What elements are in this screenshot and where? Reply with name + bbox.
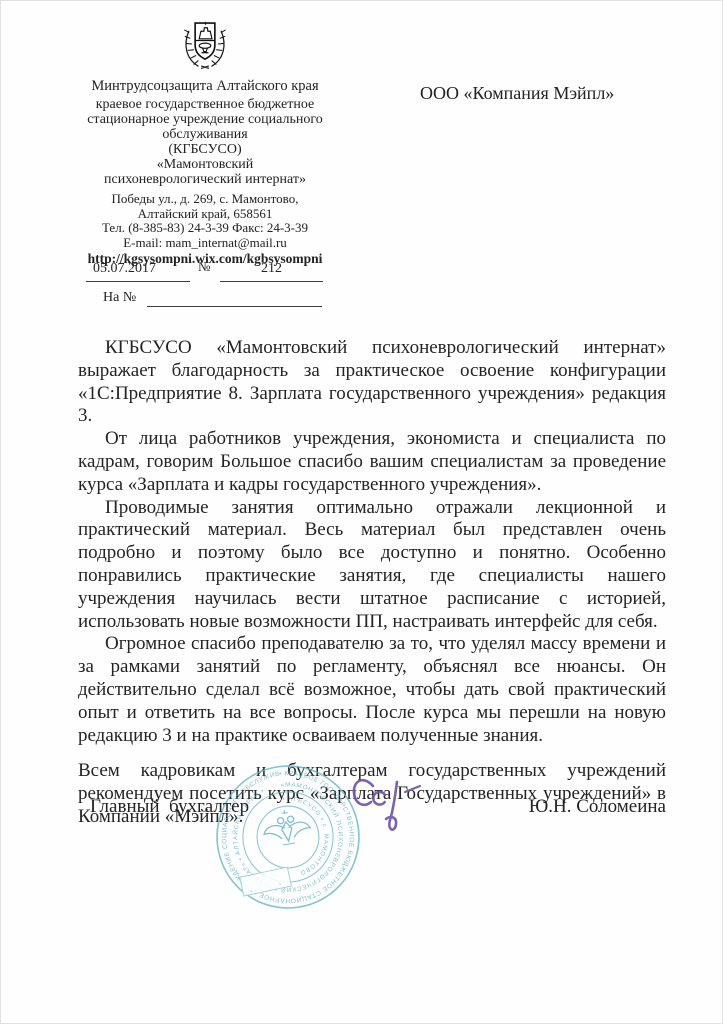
letterhead-org-line: стационарное учреждение социального bbox=[73, 112, 337, 127]
signer-position: Главный бухгалтер bbox=[90, 796, 249, 818]
letterhead-address-line: Алтайский край, 658561 bbox=[73, 207, 337, 222]
handwritten-signature-icon bbox=[349, 773, 423, 841]
scanned-letter-page: Минтрудсоцзащита Алтайского края краевое… bbox=[0, 0, 723, 1024]
body-paragraph: От лица работников учреждения, экономист… bbox=[78, 428, 666, 496]
signer-name: Ю.Н. Соломеина bbox=[529, 796, 666, 818]
letterhead-email-line: E-mail: mam_internat@mail.ru bbox=[73, 236, 337, 251]
letterhead-org-line: «Мамонтовский bbox=[73, 157, 337, 172]
letterhead-address-line: Победы ул., д. 269, с. Мамонтово, bbox=[73, 192, 337, 207]
letterhead-org-line: краевое государственное бюджетное bbox=[73, 97, 337, 112]
body-paragraph: Проводимые занятия оптимально отражали л… bbox=[78, 497, 666, 634]
letterhead-org-line: психоневрологический интернат» bbox=[73, 172, 337, 187]
number-sign-label: № bbox=[198, 259, 210, 275]
letterhead-org-line: обслуживания bbox=[73, 127, 337, 142]
outgoing-date-field: 05.07.2017 bbox=[86, 261, 190, 282]
outgoing-number-field: 212 bbox=[220, 261, 323, 282]
letterhead-phone-line: Тел. (8-385-83) 24-3-39 Факс: 24-3-39 bbox=[73, 221, 337, 236]
body-paragraph: КГБСУСО «Мамонтовский психоневрологическ… bbox=[78, 337, 666, 428]
recipient-name: ООО «Компания Мэйпл» bbox=[420, 83, 614, 104]
letterhead-ministry: Минтрудсоцзащита Алтайского края bbox=[73, 77, 337, 95]
reply-to-label: На № bbox=[103, 290, 136, 306]
altai-krai-coat-of-arms-icon bbox=[176, 15, 234, 73]
letterhead: Минтрудсоцзащита Алтайского края краевое… bbox=[73, 15, 337, 266]
round-seal-stamp-icon: • КРАЕВОЕ ГОСУДАРСТВЕННОЕ БЮДЖЕТНОЕ СТАЦ… bbox=[212, 761, 364, 913]
reply-to-blank-field bbox=[147, 288, 322, 307]
body-paragraph: Огромное спасибо преподавателю за то, чт… bbox=[78, 633, 666, 747]
letter-body: КГБСУСО «Мамонтовский психоневрологическ… bbox=[78, 337, 666, 829]
letterhead-org-line: (КГБСУСО) bbox=[73, 142, 337, 157]
letterhead-address: Победы ул., д. 269, с. Мамонтово, Алтайс… bbox=[73, 192, 337, 250]
